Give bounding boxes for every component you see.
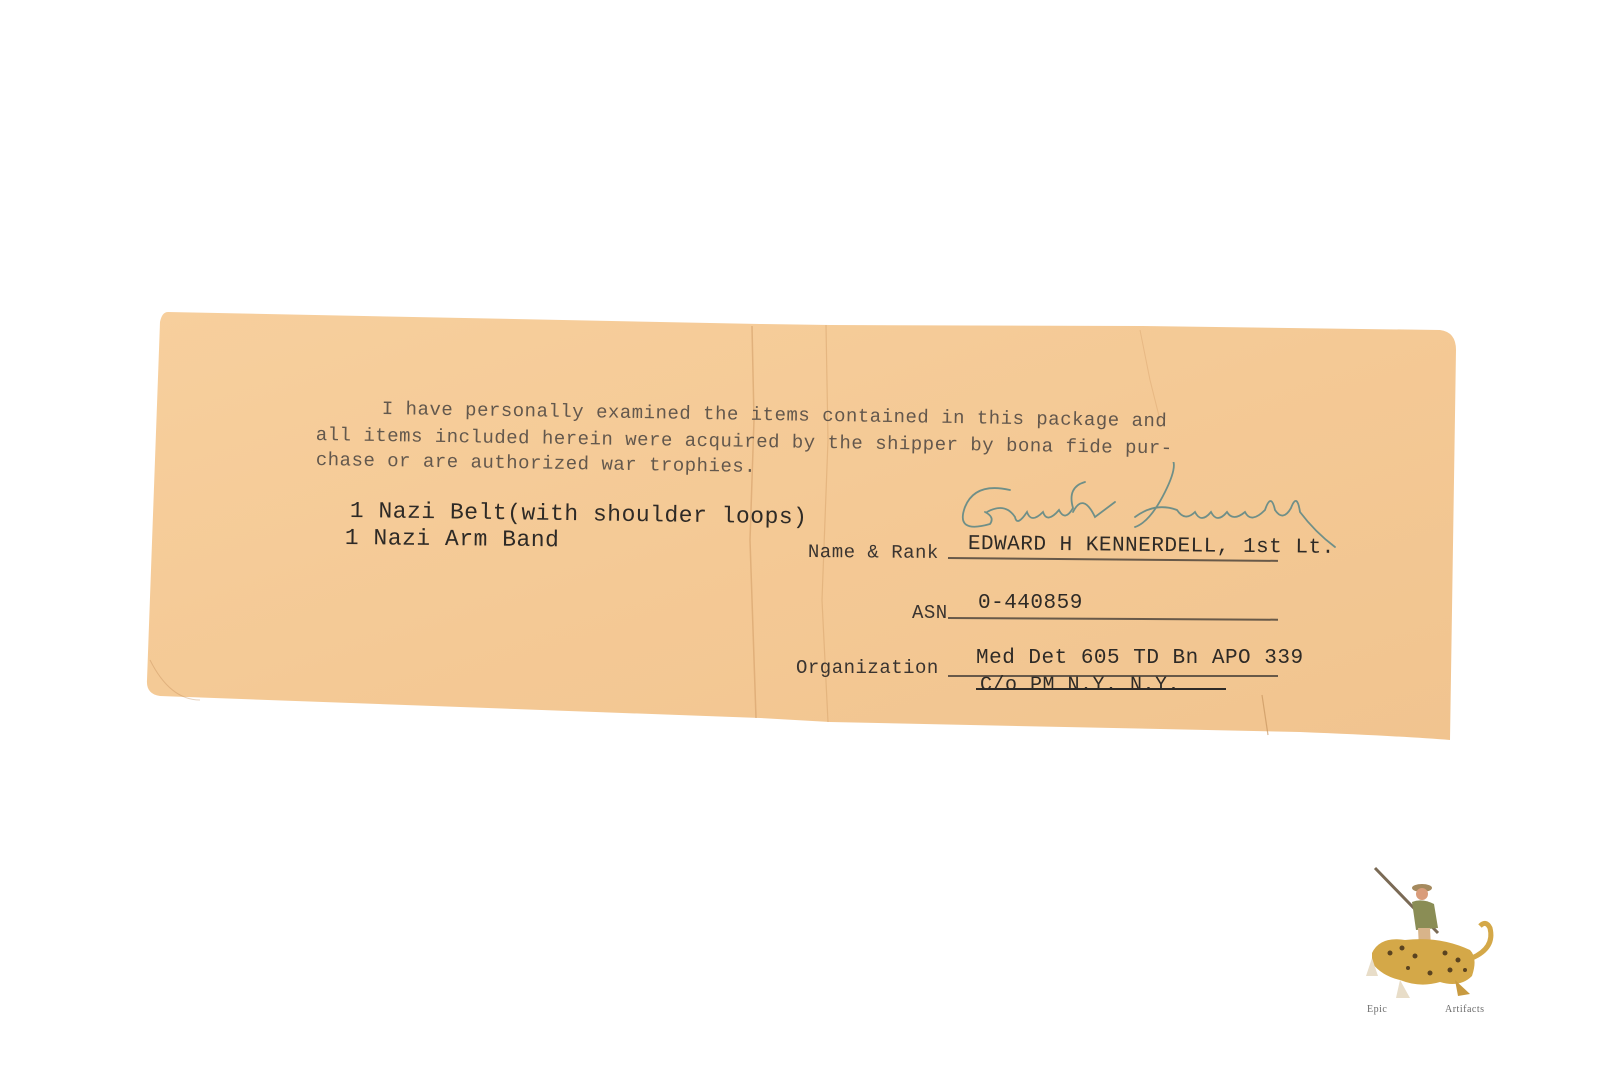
asn-value: 0-440859 <box>978 592 1083 615</box>
organization-line2-strikethrough <box>976 688 1226 690</box>
organization-value-line1: Med Det 605 TD Bn APO 339 <box>976 647 1304 670</box>
organization-label: Organization <box>796 657 939 679</box>
name-rank-label: Name & Rank <box>808 541 939 564</box>
logo-text-artifacts: Artifacts <box>1445 1004 1485 1015</box>
logo-text-epic: Epic <box>1367 1004 1387 1015</box>
asn-label: ASN <box>912 602 948 624</box>
name-rank-value: EDWARD H KENNERDELL, 1st Lt. <box>968 533 1335 560</box>
item-arm-band: 1 Nazi Arm Band <box>345 525 560 553</box>
organization-value-line2: C/o PM N.Y. N.Y. <box>980 674 1180 697</box>
hunter-riding-jaguar-logo-icon <box>1360 858 1510 1008</box>
